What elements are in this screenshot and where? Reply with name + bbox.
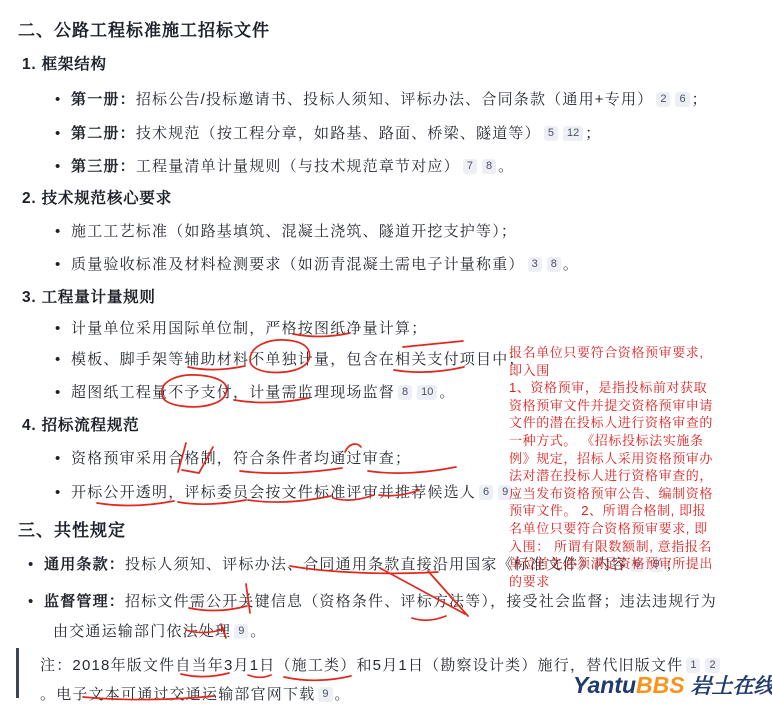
list-item: •第三册：工程量清单计量规则（与技术规范章节对应）78。: [55, 155, 514, 176]
citation-badge[interactable]: 9: [234, 624, 248, 639]
section-1-title: 1. 框架结构: [22, 52, 107, 74]
item-tail: 。: [498, 158, 514, 175]
note-text: 。电子文本可通过交通运输部官网下载: [40, 686, 315, 703]
bullet-icon: •: [55, 384, 71, 401]
citation-badge[interactable]: 7: [463, 159, 477, 174]
item-text: 质量验收标准及材料检测要求（如沥青混凝土需电子计量称重）: [71, 256, 525, 273]
annotation-paragraph: 报名单位只要符合资格预审要求, 即入围: [509, 344, 717, 379]
item-text: 施工工艺标准（如路基填筑、混凝土浇筑、隧道开挖支护等）；: [71, 223, 517, 240]
item-tail: 。: [250, 623, 266, 640]
item-text: 超图纸工程量不予支付，计量需监理现场监督: [71, 384, 395, 401]
list-item: •监督管理：招标文件需公开关键信息（资格条件、评标方法等），接受社会监督；违法违…: [28, 590, 717, 611]
logo-text-cn: 岩土在线: [685, 675, 772, 698]
section-heading-common-rules: 三、共性规定: [18, 516, 126, 541]
item-text: 模板、脚手架等辅助材料不单独计量，包含在相关支付项目中；: [71, 351, 525, 368]
bullet-icon: •: [28, 556, 44, 573]
list-item: •计量单位采用国际单位制，严格按图纸净量计算；: [55, 317, 427, 338]
citation-badge[interactable]: 10: [417, 385, 437, 400]
item-label: 第三册：: [71, 158, 136, 175]
bullet-icon: •: [28, 593, 44, 610]
citation-badge[interactable]: 12: [563, 126, 583, 141]
item-text: 招标公告/投标邀请书、投标人须知、评标办法、合同条款（通用+专用）: [136, 91, 654, 108]
watermark-logo: YantuBBS 岩土在线: [573, 670, 772, 700]
citation-badge[interactable]: 8: [482, 159, 496, 174]
list-item: •第一册：招标公告/投标邀请书、投标人须知、评标办法、合同条款（通用+专用）26…: [55, 88, 708, 109]
bullet-icon: •: [55, 158, 71, 175]
section-4-title: 4. 招标流程规范: [22, 413, 139, 435]
item-tail: 。: [439, 384, 455, 401]
bullet-icon: •: [55, 91, 71, 108]
annotation-paragraph: 1、资格预审，是指投标前对获取资格预审文件并提交资格预审申请文件的潜在投标人进行…: [509, 379, 717, 590]
note-left-bar: [16, 648, 19, 698]
list-item: •施工工艺标准（如路基填筑、混凝土浇筑、隧道开挖支护等）；: [55, 220, 517, 241]
item-text: 由交通运输部门依法处理: [53, 623, 231, 640]
item-text: 招标文件需公开关键信息（资格条件、评标方法等），接受社会监督；违法违规行为: [125, 593, 717, 610]
list-item: •模板、脚手架等辅助材料不单独计量，包含在相关支付项目中；: [55, 348, 525, 369]
bullet-icon: •: [55, 125, 71, 142]
bullet-icon: •: [55, 320, 71, 337]
citation-badge[interactable]: 6: [479, 485, 493, 500]
item-text: 开标公开透明，评标委员会按文件标准评审并推荐候选人: [71, 484, 476, 501]
list-item: •资格预审采用合格制，符合条件者均通过审查；: [55, 447, 411, 468]
citation-badge[interactable]: 8: [547, 257, 561, 272]
citation-badge[interactable]: 6: [675, 92, 689, 107]
list-item: •第二册：技术规范（按工程分章，如路基、路面、桥梁、隧道等）512；: [55, 122, 601, 143]
citation-badge[interactable]: 9: [318, 687, 332, 702]
citation-badge[interactable]: 8: [398, 385, 412, 400]
item-text: 计量单位采用国际单位制，严格按图纸净量计算；: [71, 320, 427, 337]
item-label: 监督管理：: [44, 593, 125, 610]
citation-badge[interactable]: 2: [656, 92, 670, 107]
item-text: 技术规范（按工程分章，如路基、路面、桥梁、隧道等）: [136, 125, 541, 142]
list-item-continued: 由交通运输部门依法处理9。: [53, 620, 267, 641]
section-2-title: 2. 技术规范核心要求: [22, 186, 172, 208]
item-label: 第二册：: [71, 125, 136, 142]
item-label: 通用条款：: [44, 556, 125, 573]
list-item: •质量验收标准及材料检测要求（如沥青混凝土需电子计量称重）38。: [55, 253, 579, 274]
note-line: 。电子文本可通过交通运输部官网下载9。: [40, 683, 351, 704]
bullet-icon: •: [55, 223, 71, 240]
note-tail: 。: [335, 686, 351, 703]
bullet-icon: •: [55, 351, 71, 368]
section-3-title: 3. 工程量计量规则: [22, 285, 156, 307]
handwritten-annotation-text: 报名单位只要符合资格预审要求, 即入围 1、资格预审，是指投标前对获取资格预审文…: [509, 344, 717, 590]
citation-badge[interactable]: 3: [528, 257, 542, 272]
item-label: 第一册：: [71, 91, 136, 108]
item-tail: ；: [585, 125, 601, 142]
page-title: 二、公路工程标准施工招标文件: [18, 16, 270, 41]
bullet-icon: •: [55, 256, 71, 273]
logo-text-bbs: BBS: [636, 672, 685, 698]
item-text: 工程量清单计量规则（与技术规范章节对应）: [136, 158, 460, 175]
item-tail: 。: [563, 256, 579, 273]
bullet-icon: •: [55, 450, 71, 467]
item-tail: ；: [692, 91, 708, 108]
item-text: 资格预审采用合格制，符合条件者均通过审查；: [71, 450, 411, 467]
citation-badge[interactable]: 5: [544, 126, 558, 141]
list-item: •超图纸工程量不予支付，计量需监理现场监督810。: [55, 381, 456, 402]
bullet-icon: •: [55, 484, 71, 501]
logo-text-yantu: Yantu: [573, 672, 636, 698]
list-item: •开标公开透明，评标委员会按文件标准评审并推荐候选人69。: [55, 481, 530, 502]
